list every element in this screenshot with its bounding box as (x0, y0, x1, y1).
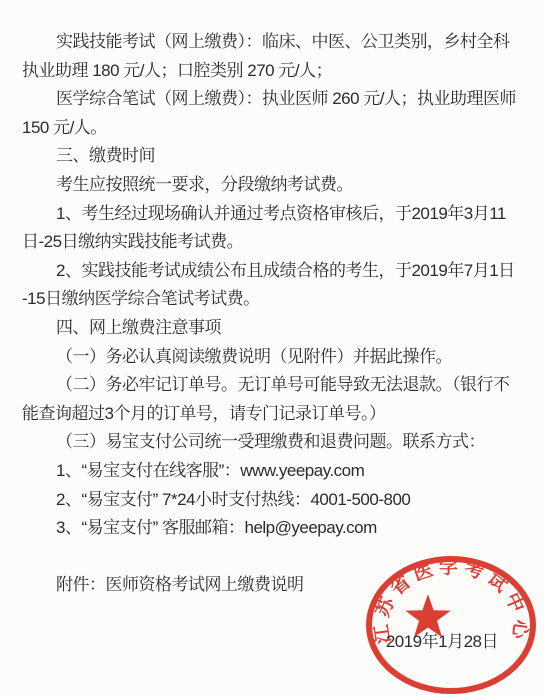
text-line: 2019年1月28日 (22, 628, 520, 657)
text-line: 三、缴费时间 (22, 142, 520, 171)
text-line: 四、网上缴费注意事项 (22, 314, 520, 343)
text-line: 3、“易宝支付” 客服邮箱：help@yeepay.com (22, 514, 520, 543)
text-line: 1、考生经过现场确认并通过考点资格审核后，于2019年3月11 (22, 200, 520, 229)
blank-line (22, 600, 520, 629)
text-line: （一）务必认真阅读缴费说明（见附件）并据此操作。 (22, 343, 520, 372)
text-line: 考生应按照统一要求，分段缴纳考试费。 (22, 171, 520, 200)
blank-line (22, 543, 520, 572)
text-line: 医学综合笔试（网上缴费）：执业医师 260 元/人；执业助理医师 (22, 85, 520, 114)
text-line: 执业助理 180 元/人；口腔类别 270 元/人； (22, 57, 520, 86)
text-line: 日-25日缴纳实践技能考试费。 (22, 228, 520, 257)
text-line: 150 元/人。 (22, 114, 520, 143)
document-page: 实践技能考试（网上缴费）：临床、中医、公卫类别，乡村全科执业助理 180 元/人… (0, 0, 544, 695)
document-body: 实践技能考试（网上缴费）：临床、中医、公卫类别，乡村全科执业助理 180 元/人… (22, 28, 520, 657)
text-line: 能查询超过3个月的订单号，请专门记录订单号。） (22, 400, 520, 429)
text-line: 1、“易宝支付在线客服”：www.yeepay.com (22, 457, 520, 486)
text-line: 附件：医师资格考试网上缴费说明 (22, 571, 520, 600)
text-line: 实践技能考试（网上缴费）：临床、中医、公卫类别，乡村全科 (22, 28, 520, 57)
text-line: 2、“易宝支付” 7*24小时支付热线：4001-500-800 (22, 486, 520, 515)
text-line: 2、实践技能考试成绩公布且成绩合格的考生，于2019年7月1日 (22, 257, 520, 286)
text-line: （二）务必牢记订单号。无订单号可能导致无法退款。（银行不 (22, 371, 520, 400)
text-line: （三）易宝支付公司统一受理缴费和退费问题。联系方式： (22, 428, 520, 457)
text-line: -15日缴纳医学综合笔试考试费。 (22, 285, 520, 314)
